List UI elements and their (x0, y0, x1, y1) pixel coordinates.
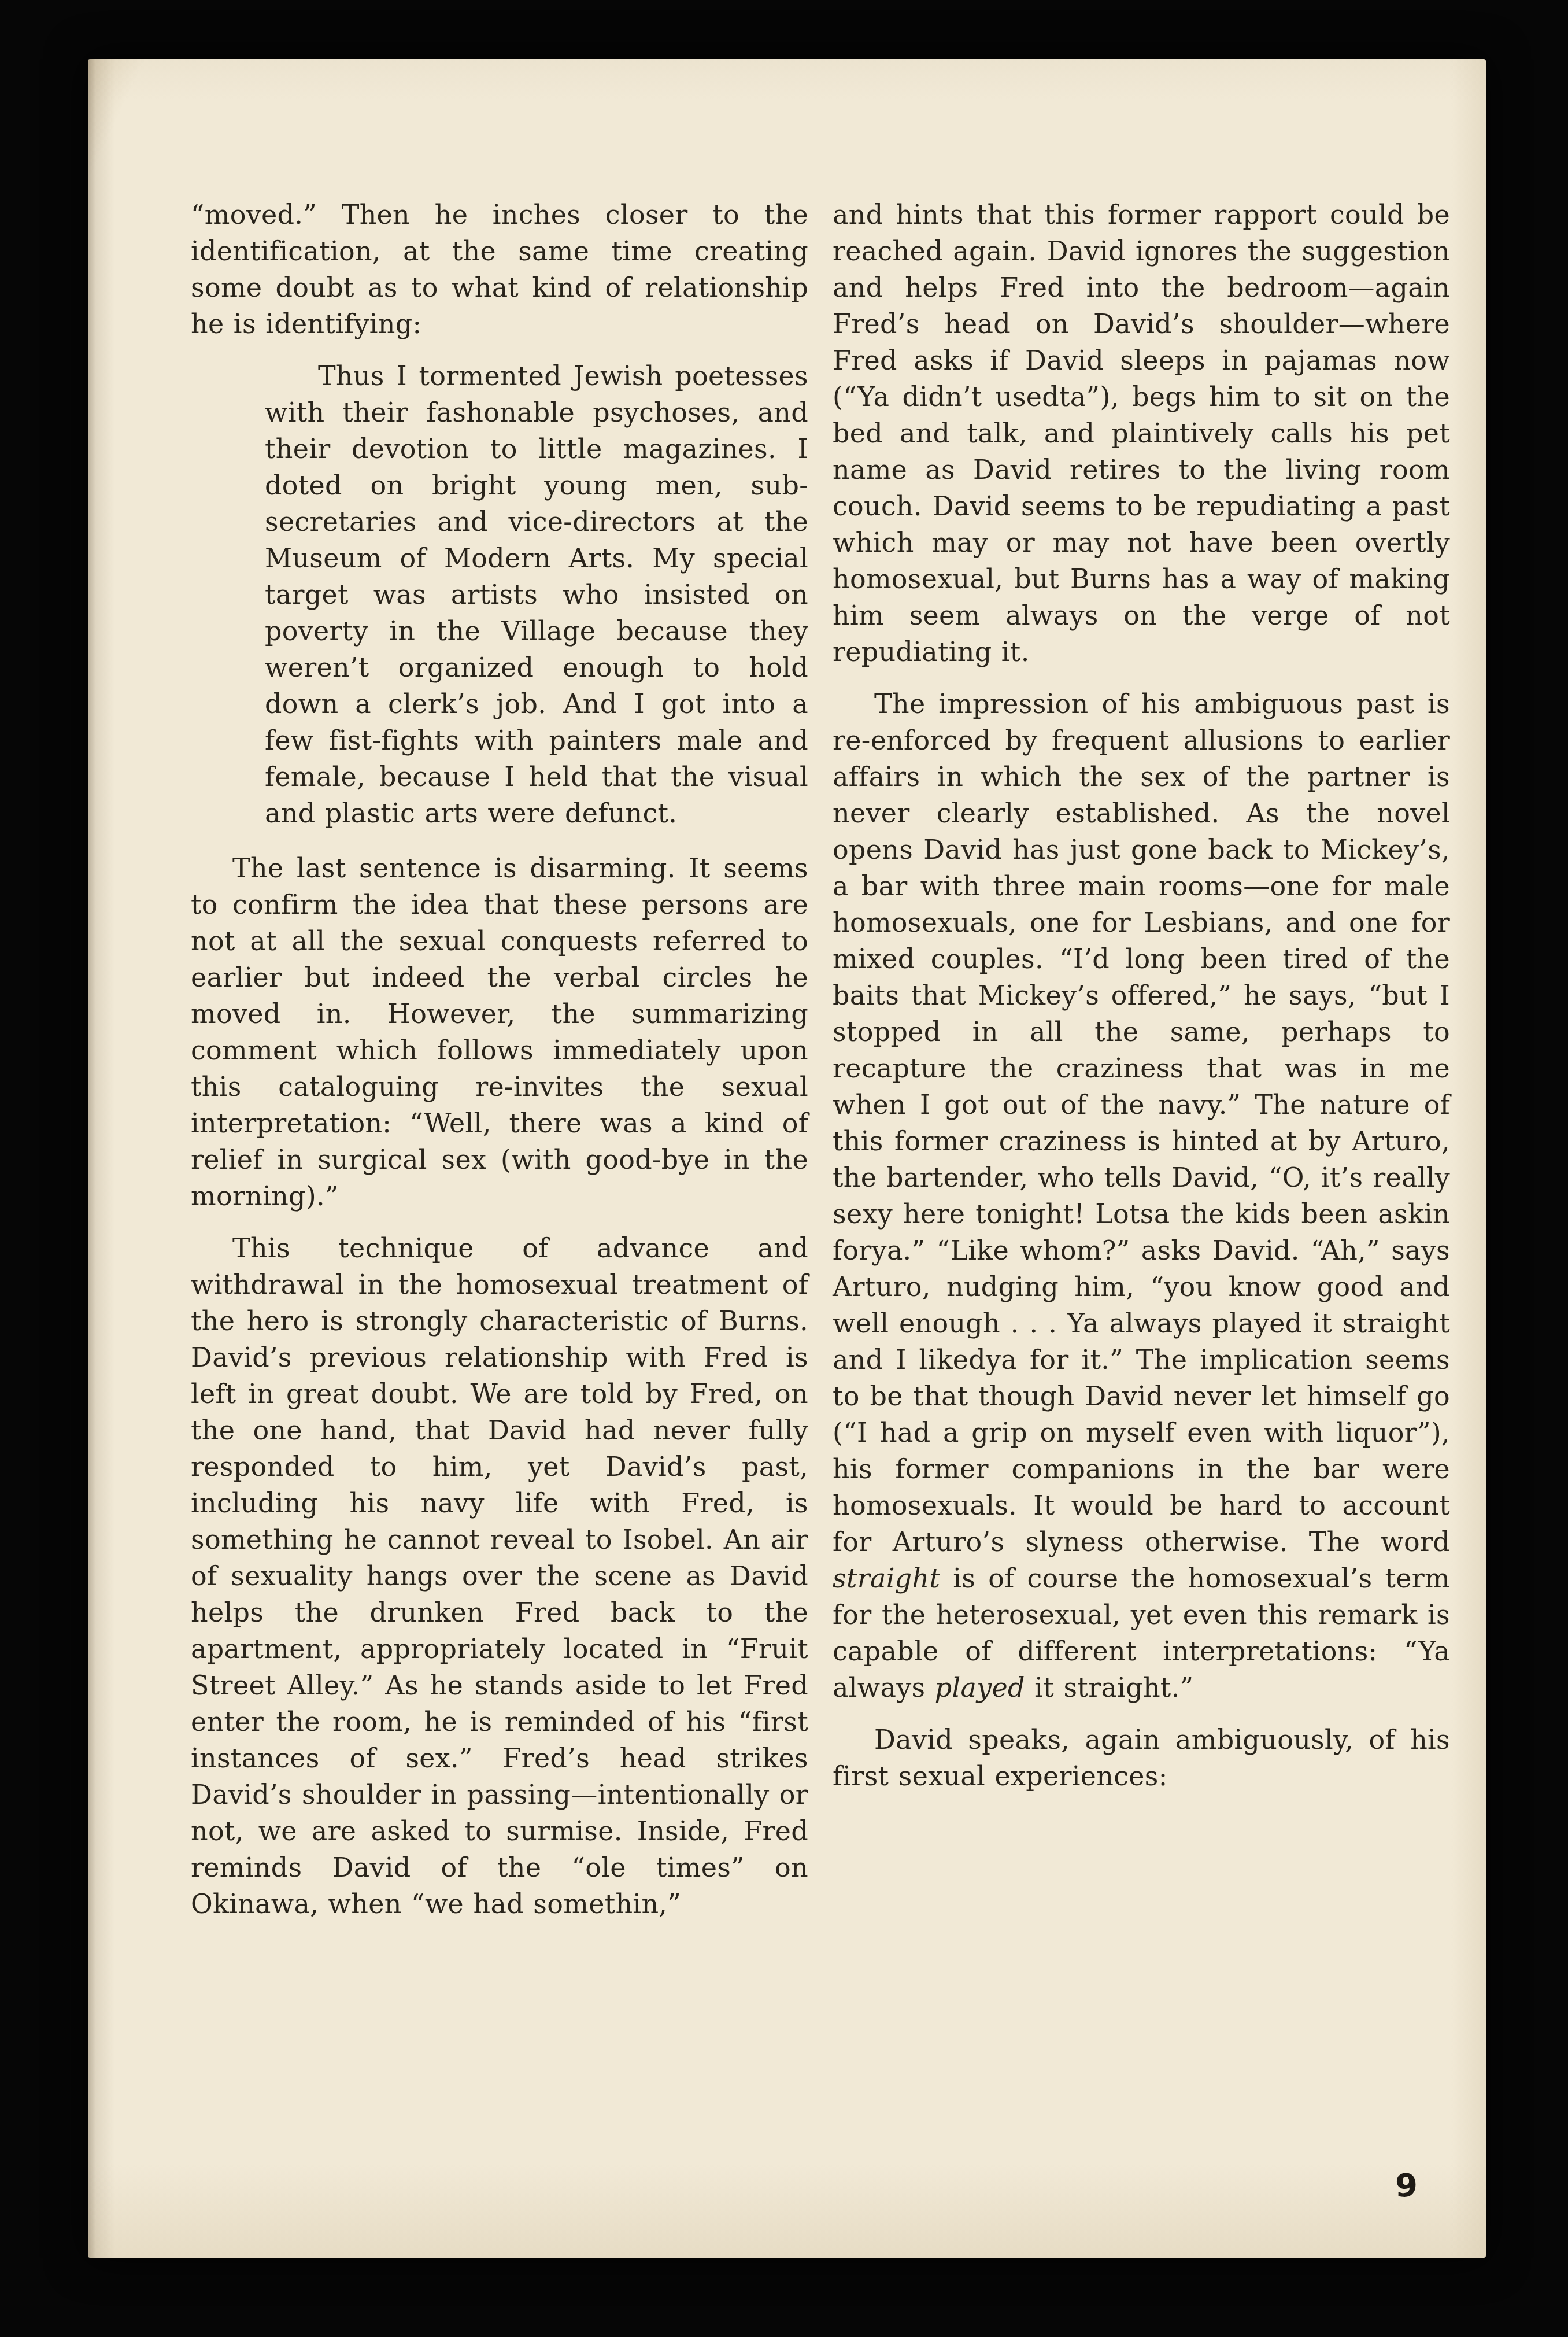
italic-word-straight: straight (833, 1563, 940, 1594)
left-text-column: “moved.” Then he inches closer to the id… (191, 197, 808, 1922)
text-run: The impression of his ambiguous past is … (833, 688, 1450, 1557)
paragraph-continued-from-previous-page: “moved.” Then he inches closer to the id… (191, 197, 808, 342)
paragraph-continuation: and hints that this former rapport could… (833, 197, 1450, 670)
paragraph: The impression of his ambiguous past is … (833, 686, 1450, 1706)
page-binding-edge-shading (88, 59, 114, 2258)
page-number: 9 (1395, 2167, 1418, 2205)
magazine-page: “moved.” Then he inches closer to the id… (88, 59, 1486, 2258)
text-run: it straight.” (1025, 1672, 1194, 1703)
paragraph: The last sentence is disarming. It seems… (191, 850, 808, 1214)
paragraph: David speaks, again ambiguously, of his … (833, 1722, 1450, 1795)
right-text-column: and hints that this former rapport could… (833, 197, 1450, 1795)
paragraph: This technique of advance and withdrawal… (191, 1230, 808, 1922)
scan-background: “moved.” Then he inches closer to the id… (0, 0, 1568, 2337)
italic-word-played: played (935, 1672, 1025, 1703)
block-quote-excerpt: Thus I tormented Jewish poetesses with t… (191, 358, 808, 832)
